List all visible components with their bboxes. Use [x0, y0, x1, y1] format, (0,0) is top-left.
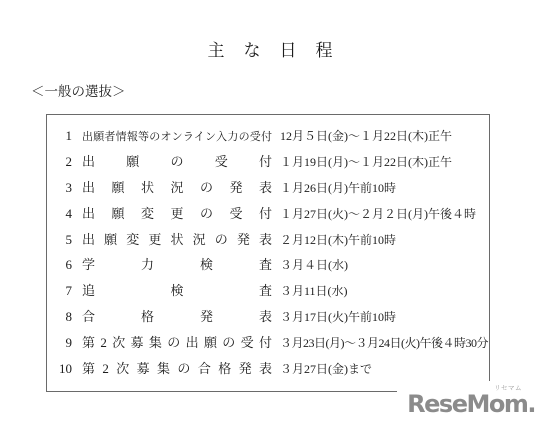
row-label: 出願の受付: [82, 149, 272, 175]
document-page: 主 な 日 程 ＜一般の選抜＞ 1 出願者情報等のオンライン入力の受付 12月５…: [0, 0, 541, 424]
row-label: 第2次募集の合格発表: [82, 356, 272, 382]
row-date: ３月17日(火)午前10時: [280, 305, 396, 331]
row-number: 4: [47, 201, 72, 227]
row-number: 3: [47, 175, 72, 201]
section-label: ＜一般の選抜＞: [31, 80, 126, 100]
row-date: 12月５日(金)～１月22日(木)正午: [280, 124, 452, 150]
resemom-logo: リセマム ReseMom.: [397, 381, 537, 418]
row-label: 出願者情報等のオンライン入力の受付: [82, 125, 272, 151]
row-date: ３月27日(金)まで: [280, 357, 372, 383]
row-label: 学力検査: [82, 252, 272, 278]
table-row: 5 出願変更状況の発表 ２月12日(木)午前10時: [47, 227, 489, 253]
table-row: 9 第2次募集の出願の受付 ３月23日(月)～３月24日(火)午後４時30分: [47, 330, 489, 356]
table-row: 2 出願の受付 １月19日(月)～１月22日(木)正午: [47, 149, 489, 175]
row-label: 第2次募集の出願の受付: [82, 330, 272, 356]
table-row: 10 第2次募集の合格発表 ３月27日(金)まで: [47, 356, 489, 382]
row-number: 5: [47, 227, 72, 253]
row-number: 10: [47, 356, 72, 382]
row-number: 2: [47, 149, 72, 175]
row-label: 合格発表: [82, 304, 272, 330]
row-date: ３月11日(水): [280, 279, 348, 305]
row-label: 出願状況の発表: [82, 175, 272, 201]
table-row: 4 出願変更の受付 １月27日(火)～２月２日(月)午後４時: [47, 201, 489, 227]
row-date: ３月４日(水): [280, 253, 348, 279]
table-row: 7 追検査 ３月11日(水): [47, 278, 489, 304]
row-number: 7: [47, 278, 72, 304]
row-label: 追検査: [82, 278, 272, 304]
table-row: 8 合格発表 ３月17日(火)午前10時: [47, 304, 489, 330]
table-row: 6 学力検査 ３月４日(水): [47, 252, 489, 278]
row-number: 1: [47, 123, 72, 149]
row-date: １月19日(月)～１月22日(木)正午: [280, 150, 452, 176]
table-row: 3 出願状況の発表 １月26日(月)午前10時: [47, 175, 489, 201]
row-number: 6: [47, 252, 72, 278]
logo-ruby-text: リセマム: [494, 385, 522, 392]
row-label: 出願変更状況の発表: [82, 227, 272, 253]
row-date: ３月23日(月)～３月24日(火)午後４時30分: [280, 331, 488, 357]
row-label: 出願変更の受付: [82, 201, 272, 227]
page-title: 主 な 日 程: [0, 36, 541, 61]
row-number: 9: [47, 330, 72, 356]
schedule-table: 1 出願者情報等のオンライン入力の受付 12月５日(金)～１月22日(木)正午 …: [46, 114, 490, 392]
logo-wordmark: ReseMom.: [407, 392, 535, 416]
table-row: 1 出願者情報等のオンライン入力の受付 12月５日(金)～１月22日(木)正午: [47, 123, 489, 149]
row-date: １月27日(火)～２月２日(月)午後４時: [280, 202, 476, 228]
row-number: 8: [47, 304, 72, 330]
row-date: １月26日(月)午前10時: [280, 176, 396, 202]
row-date: ２月12日(木)午前10時: [280, 228, 396, 254]
